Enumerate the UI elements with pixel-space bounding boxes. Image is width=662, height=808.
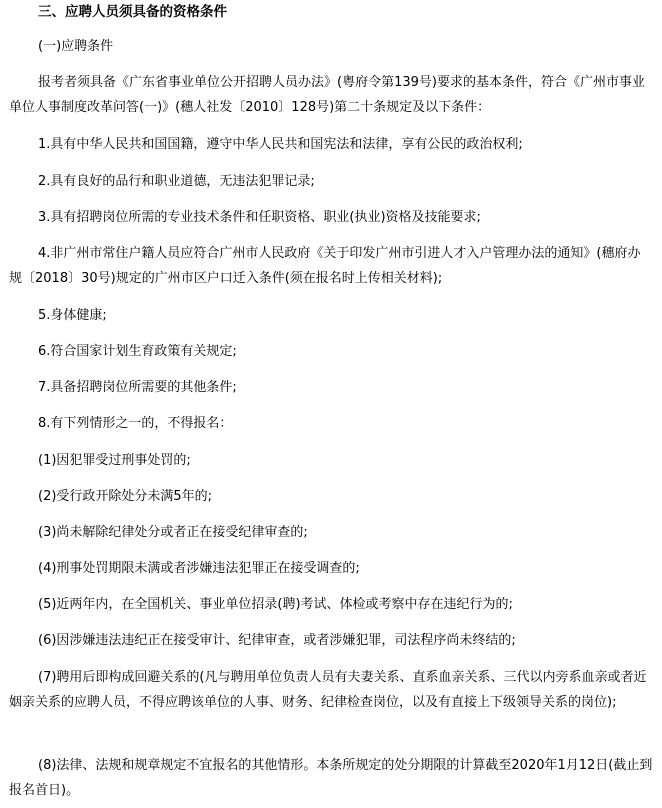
exclusion-item: (3)尚未解除纪律处分或者正在接受纪律审查的; xyxy=(9,520,653,545)
document: 三、应聘人员须具备的资格条件 (一)应聘条件 报考者须具备《广东省事业单位公开招… xyxy=(0,0,662,808)
condition-item: 8.有下列情形之一的，不得报名： xyxy=(9,411,653,436)
exclusion-item: (7)聘用后即构成回避关系的(凡与聘用单位负责人员有夫妻关系、直系血亲关系、三代… xyxy=(9,665,653,715)
subsection-title: (一)应聘条件 xyxy=(9,34,653,59)
exclusion-item: (8)法律、法规和规章规定不宜报名的其他情形。本条所规定的处分期限的计算截至20… xyxy=(9,753,653,803)
condition-item: 1.具有中华人民共和国国籍，遵守中华人民共和国宪法和法律，享有公民的政治权利; xyxy=(9,132,653,157)
condition-item: 3.具有招聘岗位所需的专业技术条件和任职资格、职业(执业)资格及技能要求; xyxy=(9,205,653,230)
section-title: 三、应聘人员须具备的资格条件 xyxy=(9,0,653,25)
exclusion-item: (1)因犯罪受过刑事处罚的; xyxy=(9,448,653,473)
condition-item: 6.符合国家计划生育政策有关规定; xyxy=(9,339,653,364)
condition-item: 7.具备招聘岗位所需要的其他条件; xyxy=(9,375,653,400)
exclusion-item: (2)受行政开除处分未满5年的; xyxy=(9,484,653,509)
exclusion-item: (4)刑事处罚期限未满或者涉嫌违法犯罪正在接受调查的; xyxy=(9,556,653,581)
condition-item: 4.非广州市常住户籍人员应符合广州市人民政府《关于印发广州市引进人才入户管理办法… xyxy=(9,241,653,291)
intro-paragraph: 报考者须具备《广东省事业单位公开招聘人员办法》(粤府令第139号)要求的基本条件… xyxy=(9,70,653,120)
exclusion-item: (5)近两年内，在全国机关、事业单位招录(聘)考试、体检或考察中存在违纪行为的; xyxy=(9,592,653,617)
condition-item: 2.具有良好的品行和职业道德，无违法犯罪记录; xyxy=(9,169,653,194)
exclusion-item: (6)因涉嫌违法违纪正在接受审计、纪律审查，或者涉嫌犯罪，司法程序尚未终结的; xyxy=(9,628,653,653)
condition-item: 5.身体健康; xyxy=(9,303,653,328)
